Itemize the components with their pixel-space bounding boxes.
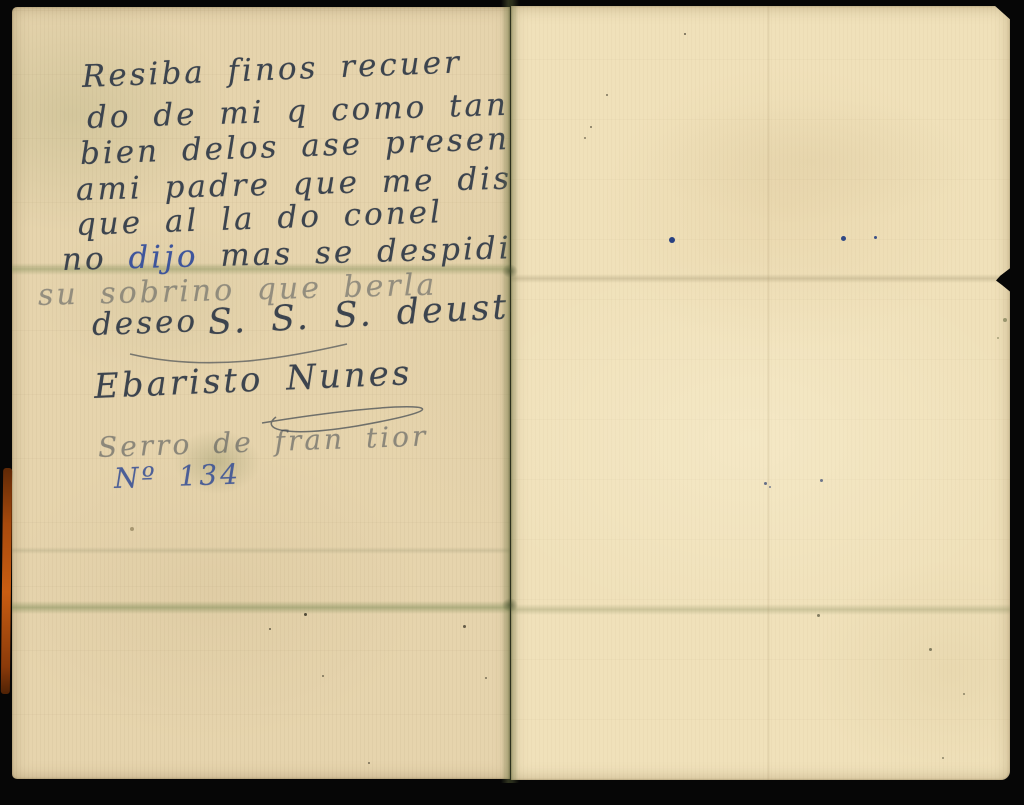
- fold-crease-faint-left-page: [12, 547, 510, 554]
- handwritten-line-8: deseo: [91, 303, 198, 343]
- center-fold-crease: [501, 0, 519, 783]
- speck: [269, 628, 271, 630]
- speck: [304, 613, 307, 616]
- speck: [130, 527, 134, 531]
- ink-blot: [820, 479, 823, 482]
- handwritten-signature: Ebaristo Nunes: [93, 353, 413, 407]
- ink-blot: [841, 236, 846, 241]
- speck: [584, 137, 586, 139]
- speck: [322, 675, 324, 677]
- crease-intersection-mark: [502, 598, 518, 612]
- letter-page-right-blank: [511, 6, 1010, 780]
- ink-blot: [769, 486, 771, 488]
- fold-crease-lower-right-page: [511, 604, 1010, 615]
- speck: [929, 648, 932, 651]
- speck: [963, 693, 965, 695]
- line-6-end: mas se despidi: [198, 230, 512, 274]
- speck: [606, 94, 608, 96]
- scanned-letter-spread: Resiba finos recuer do de mi q como tan …: [0, 0, 1024, 805]
- speck: [997, 337, 999, 339]
- speck: [1003, 318, 1007, 322]
- handwritten-house-number: Nº 134: [113, 458, 241, 495]
- book-edge-sliver: [1, 468, 12, 694]
- ink-blot: [669, 237, 675, 243]
- speck: [485, 677, 487, 679]
- handwritten-address-line: Serro de fran tior: [97, 419, 428, 464]
- fold-crease-lower-left-page: [12, 601, 510, 614]
- letter-page-left: Resiba finos recuer do de mi q como tan …: [12, 7, 510, 779]
- fold-crease-upper-right-page: [511, 274, 1010, 283]
- line-6-blue-retraced-word: dijo: [128, 238, 199, 276]
- speck: [590, 126, 592, 128]
- speck: [817, 614, 820, 617]
- fold-crease-vertical-right-page: [767, 6, 770, 780]
- crease-intersection-mark: [502, 264, 518, 278]
- line-6-start: no: [62, 240, 129, 278]
- speck: [684, 33, 686, 35]
- speck: [942, 757, 944, 759]
- speck: [463, 625, 466, 628]
- ink-blot: [764, 482, 767, 485]
- speck: [368, 762, 370, 764]
- handwritten-line-1: Resiba finos recuer: [81, 44, 462, 95]
- ink-blot: [874, 236, 877, 239]
